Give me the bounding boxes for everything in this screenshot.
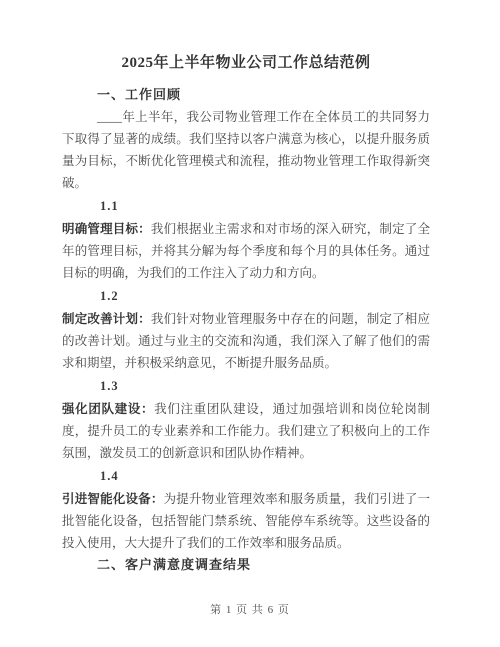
paragraph-1-1-lead: 明确管理目标： bbox=[62, 222, 151, 236]
section-heading-1: 一、工作回顾 bbox=[62, 84, 430, 106]
paragraph-1-3: 强化团队建设：我们注重团队建设，通过加强培训和岗位轮岗制度，提升员工的专业素养和… bbox=[62, 398, 430, 464]
paragraph-1-4: 引进智能化设备：为提升物业管理效率和服务质量，我们引进了一批智能化设备，包括智能… bbox=[62, 488, 430, 554]
document-content: 2025年上半年物业公司工作总结范例 一、工作回顾 ____年上半年，我公司物业… bbox=[0, 0, 500, 576]
paragraph-1-3-lead: 强化团队建设： bbox=[62, 402, 154, 416]
document-title: 2025年上半年物业公司工作总结范例 bbox=[62, 52, 430, 75]
intro-paragraph: ____年上半年，我公司物业管理工作在全体员工的共同努力下取得了显著的成绩。我们… bbox=[62, 106, 430, 194]
document-page: 2025年上半年物业公司工作总结范例 一、工作回顾 ____年上半年，我公司物业… bbox=[0, 0, 500, 647]
paragraph-1-4-lead: 引进智能化设备： bbox=[62, 492, 164, 506]
section-heading-2: 二、客户满意度调查结果 bbox=[62, 554, 430, 576]
paragraph-1-2-lead: 制定改善计划： bbox=[62, 312, 151, 326]
subsection-number-1-3: 1.3 bbox=[62, 375, 430, 397]
paragraph-1-2: 制定改善计划：我们针对物业管理服务中存在的问题，制定了相应的改善计划。通过与业主… bbox=[62, 308, 430, 374]
subsection-number-1-1: 1.1 bbox=[62, 195, 430, 217]
paragraph-1-1: 明确管理目标：我们根据业主需求和对市场的深入研究，制定了全年的管理目标，并将其分… bbox=[62, 218, 430, 284]
subsection-number-1-2: 1.2 bbox=[62, 285, 430, 307]
page-number-footer: 第 1 页 共 6 页 bbox=[0, 602, 500, 618]
subsection-number-1-4: 1.4 bbox=[62, 465, 430, 487]
intro-paragraph-text: ____年上半年，我公司物业管理工作在全体员工的共同努力下取得了显著的成绩。我们… bbox=[62, 110, 430, 190]
